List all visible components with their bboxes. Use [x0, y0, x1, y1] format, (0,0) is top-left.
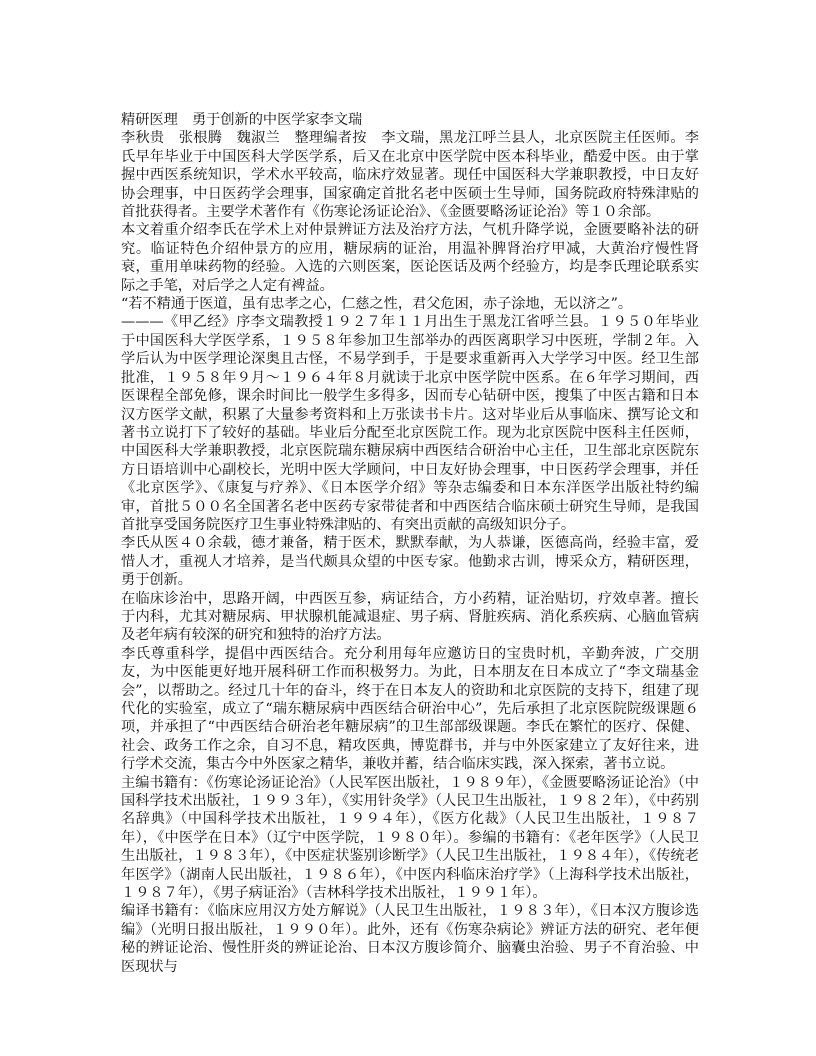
paragraph-research: 李氏尊重科学，提倡中西医结合。充分利用每年应邀访日的宝贵时机，辛勤奔波，广交朋友… — [121, 645, 699, 774]
paragraph-editor-note: 李秋贵 张根腾 魏淑兰 整理编者按 李文瑞，黑龙江呼兰县人，北京医院主任医师。李… — [121, 129, 699, 221]
document-title: 精研医理 勇于创新的中医学家李文瑞 — [121, 111, 699, 129]
paragraph-clinical: 在临床诊治中，思路开阔，中西医互参，病证结合，方小药精，证治贴切，疗效卓著。擅长… — [121, 590, 699, 645]
paragraph-translated-books: 编译书籍有：《临床应用汉方处方解说》（人民卫生出版社，１９８３年），《日本汉方腹… — [121, 902, 699, 976]
document-page: 精研医理 勇于创新的中医学家李文瑞 李秋贵 张根腾 魏淑兰 整理编者按 李文瑞，… — [121, 111, 699, 976]
paragraph-biography: ———《甲乙经》序李文瑞教授１９２７年１１月出生于黑龙江省呼兰县。１９５０年毕业… — [121, 313, 699, 534]
paragraph-edited-books: 主编书籍有：《伤寒论汤证论治》（人民军医出版社，１９８９年），《金匮要略汤证论治… — [121, 774, 699, 903]
paragraph-quote: “若不精通于医道，虽有忠孝之心，仁慈之性，君父危困，赤子涂地，无以济之”。 — [121, 295, 699, 313]
paragraph-career: 李氏从医４０余载，德才兼备，精于医术，默默奉献，为人恭谦，医德高尚，经验丰富，爱… — [121, 534, 699, 589]
paragraph-article-summary: 本文着重介绍李氏在学术上对仲景辨证方法及治疗方法，气机升降学说，金匮要略补法的研… — [121, 221, 699, 295]
